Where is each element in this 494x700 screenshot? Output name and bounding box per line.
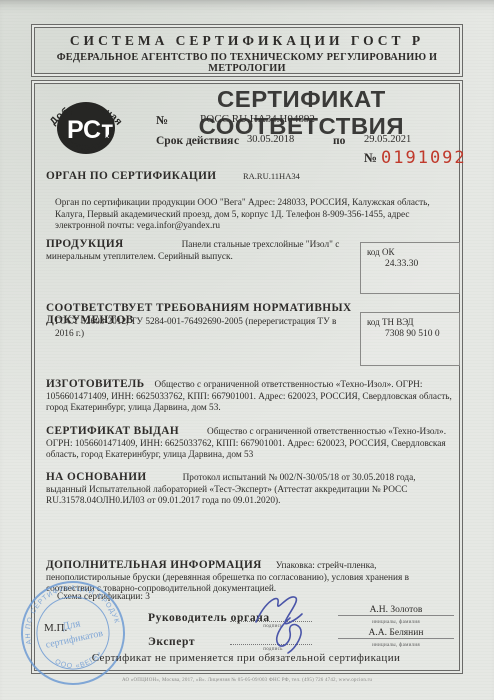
certification-body-text: Орган по сертификации продукции ООО "Вег… <box>55 198 451 233</box>
ok-code-label: код ОК <box>367 247 459 257</box>
expert-role-label: Эксперт <box>148 636 195 648</box>
issued-to-section: СЕРТИФИКАТ ВЫДАНОбщество с ограниченной … <box>46 424 454 462</box>
expert-signature-icon <box>262 616 322 656</box>
header-frame: СИСТЕМА СЕРТИФИКАЦИИ ГОСТ Р ФЕДЕРАЛЬНОЕ … <box>31 24 463 77</box>
basis-section: НА ОСНОВАНИИПротокол испытаний № 002/N-3… <box>46 470 454 508</box>
validity-from-date: 30.05.2018 <box>247 134 294 145</box>
tnved-code-value: 7308 90 510 0 <box>385 329 459 339</box>
validity-from-label: с <box>234 135 239 147</box>
basis-label: НА ОСНОВАНИИ <box>46 471 183 483</box>
conformity-text: ГОСТ 32603-2012, ТУ 5284-001-76492690-20… <box>55 317 355 340</box>
product-section: ПРОДУКЦИЯПанели стальные трехслойные "Из… <box>46 237 358 263</box>
product-label: ПРОДУКЦИЯ <box>46 238 182 250</box>
printer-imprint: АО «ОПЦИОН», Москва, 2017, «В». Лицензия… <box>47 678 447 683</box>
form-number-value: 0191092 <box>381 148 467 168</box>
head-name: А.Н. Золотов <box>338 605 454 616</box>
stamp-place-label: М.П. <box>44 622 67 634</box>
expert-name: А.А. Белянин <box>338 628 454 639</box>
validity-label: Срок действия <box>156 135 233 147</box>
ok-code-box: код ОК 24.33.30 <box>360 242 460 294</box>
head-name-caption: инициалы, фамилия <box>338 620 454 625</box>
manufacturer-section: ИЗГОТОВИТЕЛЬОбщество с ограниченной отве… <box>46 377 454 415</box>
manufacturer-label: ИЗГОТОВИТЕЛЬ <box>46 378 155 390</box>
form-number-sign: № <box>364 150 377 166</box>
reg-number-label: № <box>156 113 168 128</box>
round-stamp: ОРГАН ПО СЕРТИФИКАЦИИ ПРОДУКЦИИ ООО «ВЕГ… <box>16 576 130 690</box>
system-title: СИСТЕМА СЕРТИФИКАЦИИ ГОСТ Р <box>32 33 462 49</box>
validity-to-date: 29.05.2021 <box>364 134 411 145</box>
tnved-code-box: код ТН ВЭД 7308 90 510 0 <box>360 312 460 366</box>
agency-title: ФЕДЕРАЛЬНОЕ АГЕНТСТВО ПО ТЕХНИЧЕСКОМУ РЕ… <box>32 52 462 74</box>
certification-body-label: ОРГАН ПО СЕРТИФИКАЦИИ <box>46 170 216 182</box>
certification-body-code: RA.RU.11НА34 <box>243 171 300 181</box>
validity-to-label: по <box>333 135 345 147</box>
additional-info-label: ДОПОЛНИТЕЛЬНАЯ ИНФОРМАЦИЯ <box>46 559 276 571</box>
issued-to-label: СЕРТИФИКАТ ВЫДАН <box>46 425 207 437</box>
tnved-code-label: код ТН ВЭД <box>367 317 459 327</box>
certificate-scan: { "colors": { "paper": "#e6e8e4", "ink":… <box>0 0 494 700</box>
expert-name-caption: инициалы, фамилия <box>338 643 454 648</box>
not-for-mandatory-note: Сертификат не применяется при обязательн… <box>31 652 461 664</box>
rst-voluntary-certification-icon: РСт Добровольная сертификация <box>34 84 138 172</box>
ok-code-value: 24.33.30 <box>385 259 459 269</box>
reg-number-value: РОСС RU.НА34.Н04892 <box>200 113 315 125</box>
